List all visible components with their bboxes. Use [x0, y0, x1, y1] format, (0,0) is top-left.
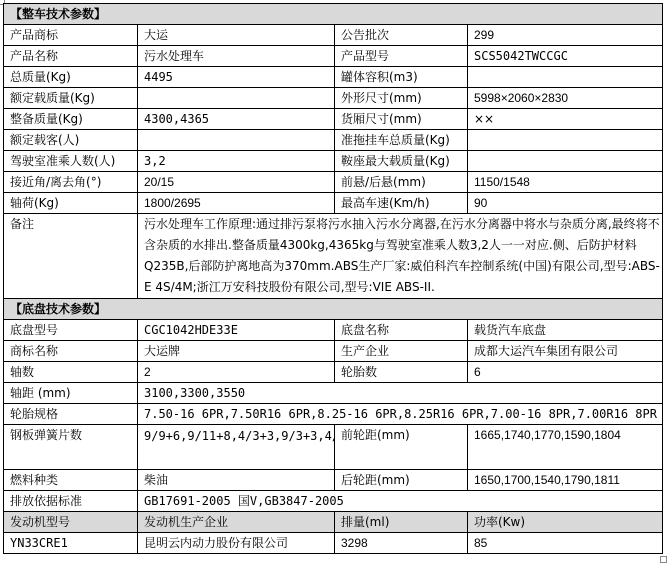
column-header: 功率(Kw) — [468, 512, 663, 533]
value: 4495 — [138, 67, 335, 88]
value: 1665,1740,1770,1590,1804 — [468, 425, 663, 470]
emission-row: 排放依据标准 GB17691-2005 国V,GB3847-2005 — [4, 491, 663, 512]
engine-displacement: 3298 — [335, 533, 468, 554]
label: 罐体容积(m3) — [335, 67, 468, 88]
label: 公告批次 — [335, 25, 468, 46]
label: 额定载客(人) — [4, 130, 138, 151]
value: 1150/1548 — [468, 172, 663, 193]
label: 接近角/离去角(°) — [4, 172, 138, 193]
engine-row: YN33CRE1 昆明云内动力股份有限公司 3298 85 — [4, 533, 663, 554]
wheelbase-row: 轴距 (mm) 3100,3300,3550 — [4, 383, 663, 404]
value: 299 — [468, 25, 663, 46]
table-row: 额定载客(人) 准拖挂车总质量(Kg) — [4, 130, 663, 151]
table-resize-handle[interactable] — [660, 556, 667, 563]
value: 污水处理车 — [138, 46, 335, 67]
column-header: 排量(ml) — [335, 512, 468, 533]
value: 3100,3300,3550 — [138, 383, 663, 404]
label: 鞍座最大载质量(Kg) — [335, 151, 468, 172]
value — [468, 151, 663, 172]
value: 载货汽车底盘 — [468, 320, 663, 341]
label: 总质量(Kg) — [4, 67, 138, 88]
remark-text: 污水处理车工作原理:通过排污泵将污水抽入污水分离器,在污水分离器中将水与杂质分离… — [138, 214, 663, 299]
label: 轴荷(Kg) — [4, 193, 138, 214]
table-row: 整备质量(Kg) 4300,4365 货厢尺寸(mm) ×× — [4, 109, 663, 130]
engine-power: 85 — [468, 533, 663, 554]
value: 9/9+6,9/11+8,4/3+3,9/3+3,4/9+6,3/3+3 — [138, 425, 335, 470]
value — [468, 67, 663, 88]
label: 底盘型号 — [4, 320, 138, 341]
value: 20/15 — [138, 172, 335, 193]
label: 底盘名称 — [335, 320, 468, 341]
value — [468, 130, 663, 151]
value — [138, 88, 335, 109]
value: 大运 — [138, 25, 335, 46]
engine-manufacturer: 昆明云内动力股份有限公司 — [138, 533, 335, 554]
chassis-section-header: 【底盘技术参数】 — [4, 299, 663, 320]
label: 准拖挂车总质量(Kg) — [335, 130, 468, 151]
value: 成都大运汽车集团有限公司 — [468, 341, 663, 362]
label: 轮胎规格 — [4, 404, 138, 425]
engine-header-row: 发动机型号 发动机生产企业 排量(ml) 功率(Kw) — [4, 512, 663, 533]
table-row: 总质量(Kg) 4495 罐体容积(m3) — [4, 67, 663, 88]
value: 1800/2695 — [138, 193, 335, 214]
label: 后轮距(mm) — [335, 470, 468, 491]
leaf-spring-row: 钢板弹簧片数 9/9+6,9/11+8,4/3+3,9/3+3,4/9+6,3/… — [4, 425, 663, 470]
table-row: 产品名称 污水处理车 产品型号 SCS5042TWCCGC — [4, 46, 663, 67]
table-row: 商标名称 大运牌 生产企业 成都大运汽车集团有限公司 — [4, 341, 663, 362]
engine-model: YN33CRE1 — [4, 533, 138, 554]
label: 外形尺寸(mm) — [335, 88, 468, 109]
value — [138, 130, 335, 151]
value: CGC1042HDE33E — [138, 320, 335, 341]
value: SCS5042TWCCGC — [468, 46, 663, 67]
label: 产品型号 — [335, 46, 468, 67]
chassis-section-title: 【底盘技术参数】 — [4, 299, 663, 320]
remark-label: 备注 — [4, 214, 138, 299]
column-header: 发动机型号 — [4, 512, 138, 533]
label: 排放依据标准 — [4, 491, 138, 512]
label: 产品商标 — [4, 25, 138, 46]
label: 商标名称 — [4, 341, 138, 362]
value: GB17691-2005 国V,GB3847-2005 — [138, 491, 663, 512]
value: 3,2 — [138, 151, 335, 172]
label: 额定载质量(Kg) — [4, 88, 138, 109]
label: 轴距 (mm) — [4, 383, 138, 404]
column-header: 发动机生产企业 — [138, 512, 335, 533]
label: 整备质量(Kg) — [4, 109, 138, 130]
value: 4300,4365 — [138, 109, 335, 130]
label: 轮胎数 — [335, 362, 468, 383]
label: 货厢尺寸(mm) — [335, 109, 468, 130]
value: 90 — [468, 193, 663, 214]
value: ×× — [468, 109, 663, 130]
value: 2 — [138, 362, 335, 383]
value: 7.50-16 6PR,7.50R16 6PR,8.25-16 6PR,8.25… — [138, 404, 663, 425]
value: 柴油 — [138, 470, 335, 491]
table-row: 底盘型号 CGC1042HDE33E 底盘名称 载货汽车底盘 — [4, 320, 663, 341]
value: 6 — [468, 362, 663, 383]
label: 产品名称 — [4, 46, 138, 67]
vehicle-section-title: 【整车技术参数】 — [4, 4, 663, 25]
spec-table: 【整车技术参数】 产品商标 大运 公告批次 299 产品名称 污水处理车 产品型… — [3, 3, 663, 554]
value: 大运牌 — [138, 341, 335, 362]
label: 前轮距(mm) — [335, 425, 468, 470]
table-row: 产品商标 大运 公告批次 299 — [4, 25, 663, 46]
label: 轴数 — [4, 362, 138, 383]
table-row: 驾驶室准乘人数(人) 3,2 鞍座最大载质量(Kg) — [4, 151, 663, 172]
label: 最高车速(Km/h) — [335, 193, 468, 214]
table-row: 额定载质量(Kg) 外形尺寸(mm) 5998×2060×2830 — [4, 88, 663, 109]
table-row: 轴荷(Kg) 1800/2695 最高车速(Km/h) 90 — [4, 193, 663, 214]
fuel-row: 燃料种类 柴油 后轮距(mm) 1650,1700,1540,1790,1811 — [4, 470, 663, 491]
value: 1650,1700,1540,1790,1811 — [468, 470, 663, 491]
table-row: 接近角/离去角(°) 20/15 前悬/后悬(mm) 1150/1548 — [4, 172, 663, 193]
label: 生产企业 — [335, 341, 468, 362]
label: 燃料种类 — [4, 470, 138, 491]
value: 5998×2060×2830 — [468, 88, 663, 109]
remark-row: 备注 污水处理车工作原理:通过排污泵将污水抽入污水分离器,在污水分离器中将水与杂… — [4, 214, 663, 299]
tire-spec-row: 轮胎规格 7.50-16 6PR,7.50R16 6PR,8.25-16 6PR… — [4, 404, 663, 425]
label: 钢板弹簧片数 — [4, 425, 138, 470]
label: 驾驶室准乘人数(人) — [4, 151, 138, 172]
vehicle-section-header: 【整车技术参数】 — [4, 4, 663, 25]
label: 前悬/后悬(mm) — [335, 172, 468, 193]
table-row: 轴数 2 轮胎数 6 — [4, 362, 663, 383]
